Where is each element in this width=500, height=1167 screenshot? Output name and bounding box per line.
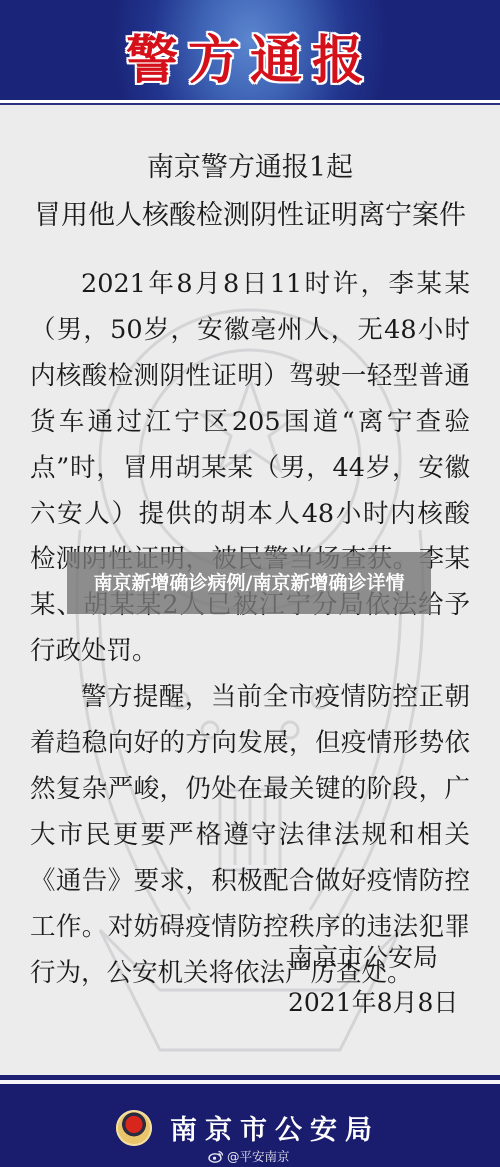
document-body: 2021年8月8日11时许，李某某（男，50岁，安徽亳州人，无48小时内核酸检测… [30, 262, 470, 997]
weibo-attribution: @平安南京 [208, 1147, 290, 1165]
caption-text: 南京新增确诊病例/南京新增确诊详情 [86, 570, 413, 596]
caption-overlay: 南京新增确诊病例/南京新增确诊详情 [67, 552, 431, 614]
signature-date: 2021年8月8日 [288, 983, 478, 1019]
document-title-line1: 南京警方通报1起 [0, 145, 500, 184]
weibo-icon [208, 1149, 224, 1163]
footer-org-name: 南京市公安局 [170, 1108, 380, 1147]
footer-banner: 南京市公安局 @平安南京 [0, 1084, 500, 1167]
header-divider-navy [0, 103, 500, 105]
header-title: 警方通报 [0, 18, 500, 93]
document-title-line2: 冒用他人核酸检测阴性证明离宁案件 [0, 193, 500, 232]
police-emblem-icon [116, 1110, 152, 1146]
header-banner: 警方通报 [0, 0, 500, 100]
weibo-handle: @平安南京 [227, 1147, 290, 1165]
signature-org: 南京市公安局 [288, 938, 478, 974]
